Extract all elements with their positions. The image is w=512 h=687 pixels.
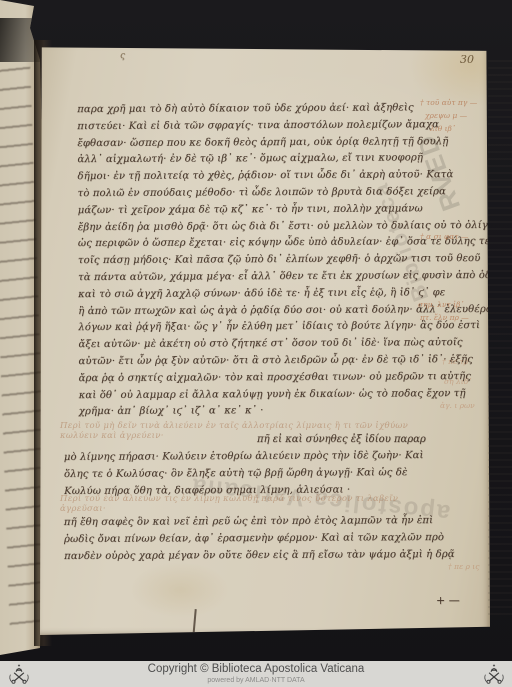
paragraph-end-mark: + — (436, 594, 460, 607)
paragraph-2-first-line: πῆ εἰ καὶ σύνηθες ἐξ ἰδίου παραρ (257, 434, 426, 445)
margin-note: ἀγ. ι ρων (440, 401, 475, 410)
folio-number: 30 (460, 53, 474, 66)
book-fore-edge (488, 60, 512, 620)
paragraph-3: πῆ ἔθη σαφὲς ὃν καὶ νεῖ ἐπὶ ρεῦ ὡς ἐπὶ τ… (64, 515, 455, 567)
copyright-text: Copyright © Biblioteca Apostolica Vatica… (0, 663, 512, 675)
powered-by-text: powered by AMLAD·NTT DATA (0, 677, 512, 684)
text-line: πῆ ἔθη σαφὲς ὃν καὶ νεῖ ἐπὶ ρεῦ ὡς ἐπὶ τ… (64, 515, 455, 534)
vatican-emblem-icon (483, 663, 505, 685)
copyright-bar: Copyright © Biblioteca Apostolica Vatica… (0, 661, 512, 687)
margin-note: ση λιδ᾽ (444, 377, 472, 386)
paragraph-1: παρα χρῆ μαι τὸ δὴ αὐτὸ δίκαιον τοῦ ὑδε … (77, 102, 499, 423)
text-line: μὸ λίμνης πήρασι· Κωλύειν ἑτοθρίω ἁλιεύε… (64, 450, 424, 469)
margin-note: σημ. λντ ἰβ᾽ (418, 300, 464, 309)
margin-note: πτ. ἔλν πρ — (420, 313, 469, 322)
top-quire-mark: ς (120, 51, 125, 61)
margin-note: χρεψω μ — (425, 111, 467, 120)
rubric-heading: Περὶ τοῦ ἐὰν ἁλιεύων τις ἐν λίμνῃ κωλυθῇ… (60, 494, 398, 504)
rubric-heading: Περὶ τοῦ μὴ δεῖν τινὰ ἁλιεύειν ἐν ταῖς ἀ… (60, 421, 408, 431)
margin-note: † α σι φατ — (420, 232, 468, 241)
margin-note: λιθ ιβ᾽ (430, 124, 456, 133)
margin-note: † πε ρ ις (448, 562, 479, 571)
text-line: ῥωδὶς ὄναι πίνων θείαν, ἀφ᾽ ἐρασμενὴν φέ… (64, 532, 455, 551)
manuscript-page: ς 30 apostolica Vaticana Biblioteca RVED… (40, 45, 490, 635)
margin-note: † πε τρ (442, 357, 468, 366)
scan-viewer: ς 30 apostolica Vaticana Biblioteca RVED… (0, 0, 512, 687)
text-line: πανδὲν οὑρὸς χαρὰ μέγαν ὃν οὕτε ὅθεν εἰς… (64, 549, 455, 568)
margin-note: † τοῦ αὐτ πγ — (420, 98, 477, 107)
text-line: ὅλης τε ὁ Κωλύσας· ὃν ἔληξε αὐτὴ τῷ βρῇ … (64, 467, 424, 486)
rubric-heading: ἀγρεῦσαι· (60, 504, 106, 514)
rubric-heading: κωλύειν καὶ ἀγρεύειν· (60, 431, 164, 441)
